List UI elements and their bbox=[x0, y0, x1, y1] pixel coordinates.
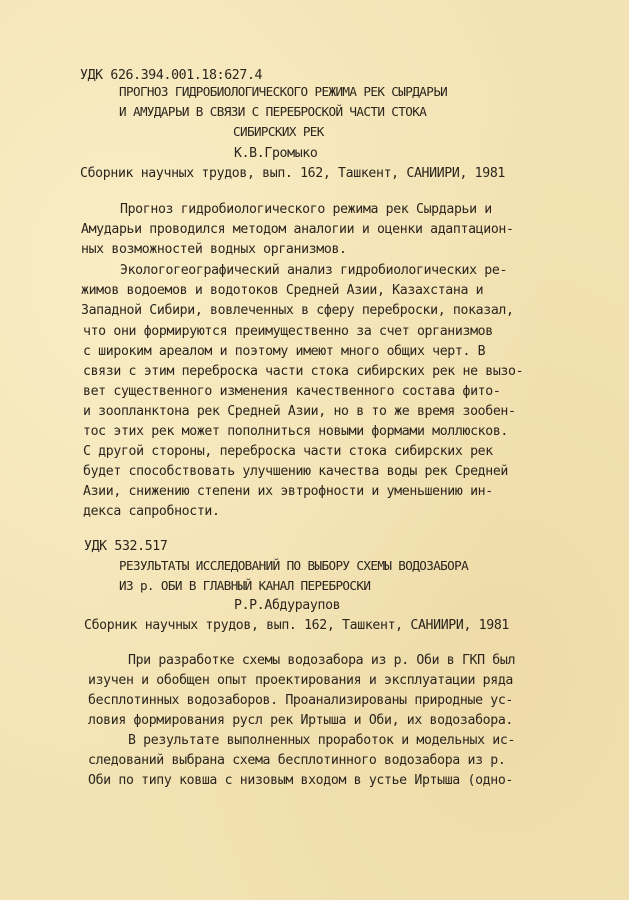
article1-body-line: и зоопланктона рек Средней Азии, но в то… bbox=[83, 404, 516, 420]
article1-body-line: Азии, снижению степени их эвтрофности и … bbox=[83, 484, 493, 500]
article1-body-line: Прогноз гидробиологического режима рек С… bbox=[120, 202, 492, 218]
article1-body-line: будет способствовать улучшению качества … bbox=[83, 464, 508, 480]
article1-body-line: связи с этим переброска части стока сиби… bbox=[83, 364, 523, 380]
article1-source: Сборник научных трудов, вып. 162, Ташкен… bbox=[80, 166, 505, 182]
article2-body-line: В результате выполненных проработок и мо… bbox=[128, 733, 515, 749]
article2-title-line-2: ИЗ р. ОБИ В ГЛАВНЫЙ КАНАЛ ПЕРЕБРОСКИ bbox=[119, 578, 370, 594]
article1-body-line: что они формируются преимущественно за с… bbox=[83, 324, 493, 340]
article1-title-line-1: ПРОГНОЗ ГИДРОБИОЛОГИЧЕСКОГО РЕЖИМА РЕК С… bbox=[119, 84, 447, 100]
article1-body-line: С другой стороны, переброска части стока… bbox=[83, 444, 493, 460]
article2-body-line: бесплотинных водозаборов. Проанализирова… bbox=[88, 693, 513, 709]
article2-author: Р.Р.Абдураупов bbox=[234, 598, 340, 614]
article1-udk: УДК 626.394.001.18:627.4 bbox=[80, 68, 262, 84]
article2-body-line: Оби по типу ковша с низовым входом в уст… bbox=[88, 773, 513, 789]
article1-body-line: с широким ареалом и поэтому имеют много … bbox=[83, 344, 485, 360]
article2-source: Сборник научных трудов, вып. 162, Ташкен… bbox=[84, 618, 509, 634]
article2-udk: УДК 532.517 bbox=[84, 539, 168, 555]
scanned-page: УДК 626.394.001.18:627.4 ПРОГНОЗ ГИДРОБИ… bbox=[0, 0, 629, 900]
article1-body-line: ных возможностей водных организмов. bbox=[81, 242, 347, 258]
article2-body-line: При разработке схемы водозабора из р. Об… bbox=[128, 653, 515, 669]
article2-title-line-1: РЕЗУЛЬТАТЫ ИССЛЕДОВАНИЙ ПО ВЫБОРУ СХЕМЫ … bbox=[119, 558, 468, 574]
article1-body-line: Амударьи проводился методом аналогии и о… bbox=[81, 222, 514, 238]
article1-title-line-3: СИБИРСКИХ РЕК bbox=[233, 124, 324, 140]
article1-title-line-2: И АМУДАРЬИ В СВЯЗИ С ПЕРЕБРОСКОЙ ЧАСТИ С… bbox=[119, 104, 426, 120]
article1-body-line: вет существенного изменения качественног… bbox=[83, 384, 500, 400]
article1-body-line: Экологогеографический анализ гидробиолог… bbox=[120, 263, 507, 279]
article1-body-line: жимов водоемов и водотоков Средней Азии,… bbox=[81, 283, 483, 299]
article1-body-line: Западной Сибири, вовлеченных в сферу пер… bbox=[81, 303, 514, 319]
article2-body-line: изучен и обобщен опыт проектирования и э… bbox=[88, 673, 513, 689]
article1-body-line: тос этих рек может пополниться новыми фо… bbox=[83, 424, 508, 440]
article1-author: К.В.Громыко bbox=[234, 146, 318, 162]
article2-body-line: следований выбрана схема бесплотинного в… bbox=[88, 753, 505, 769]
article1-body-line: декса сапробности. bbox=[83, 504, 220, 520]
article2-body-line: ловия формирования русл рек Иртыша и Оби… bbox=[88, 713, 513, 729]
